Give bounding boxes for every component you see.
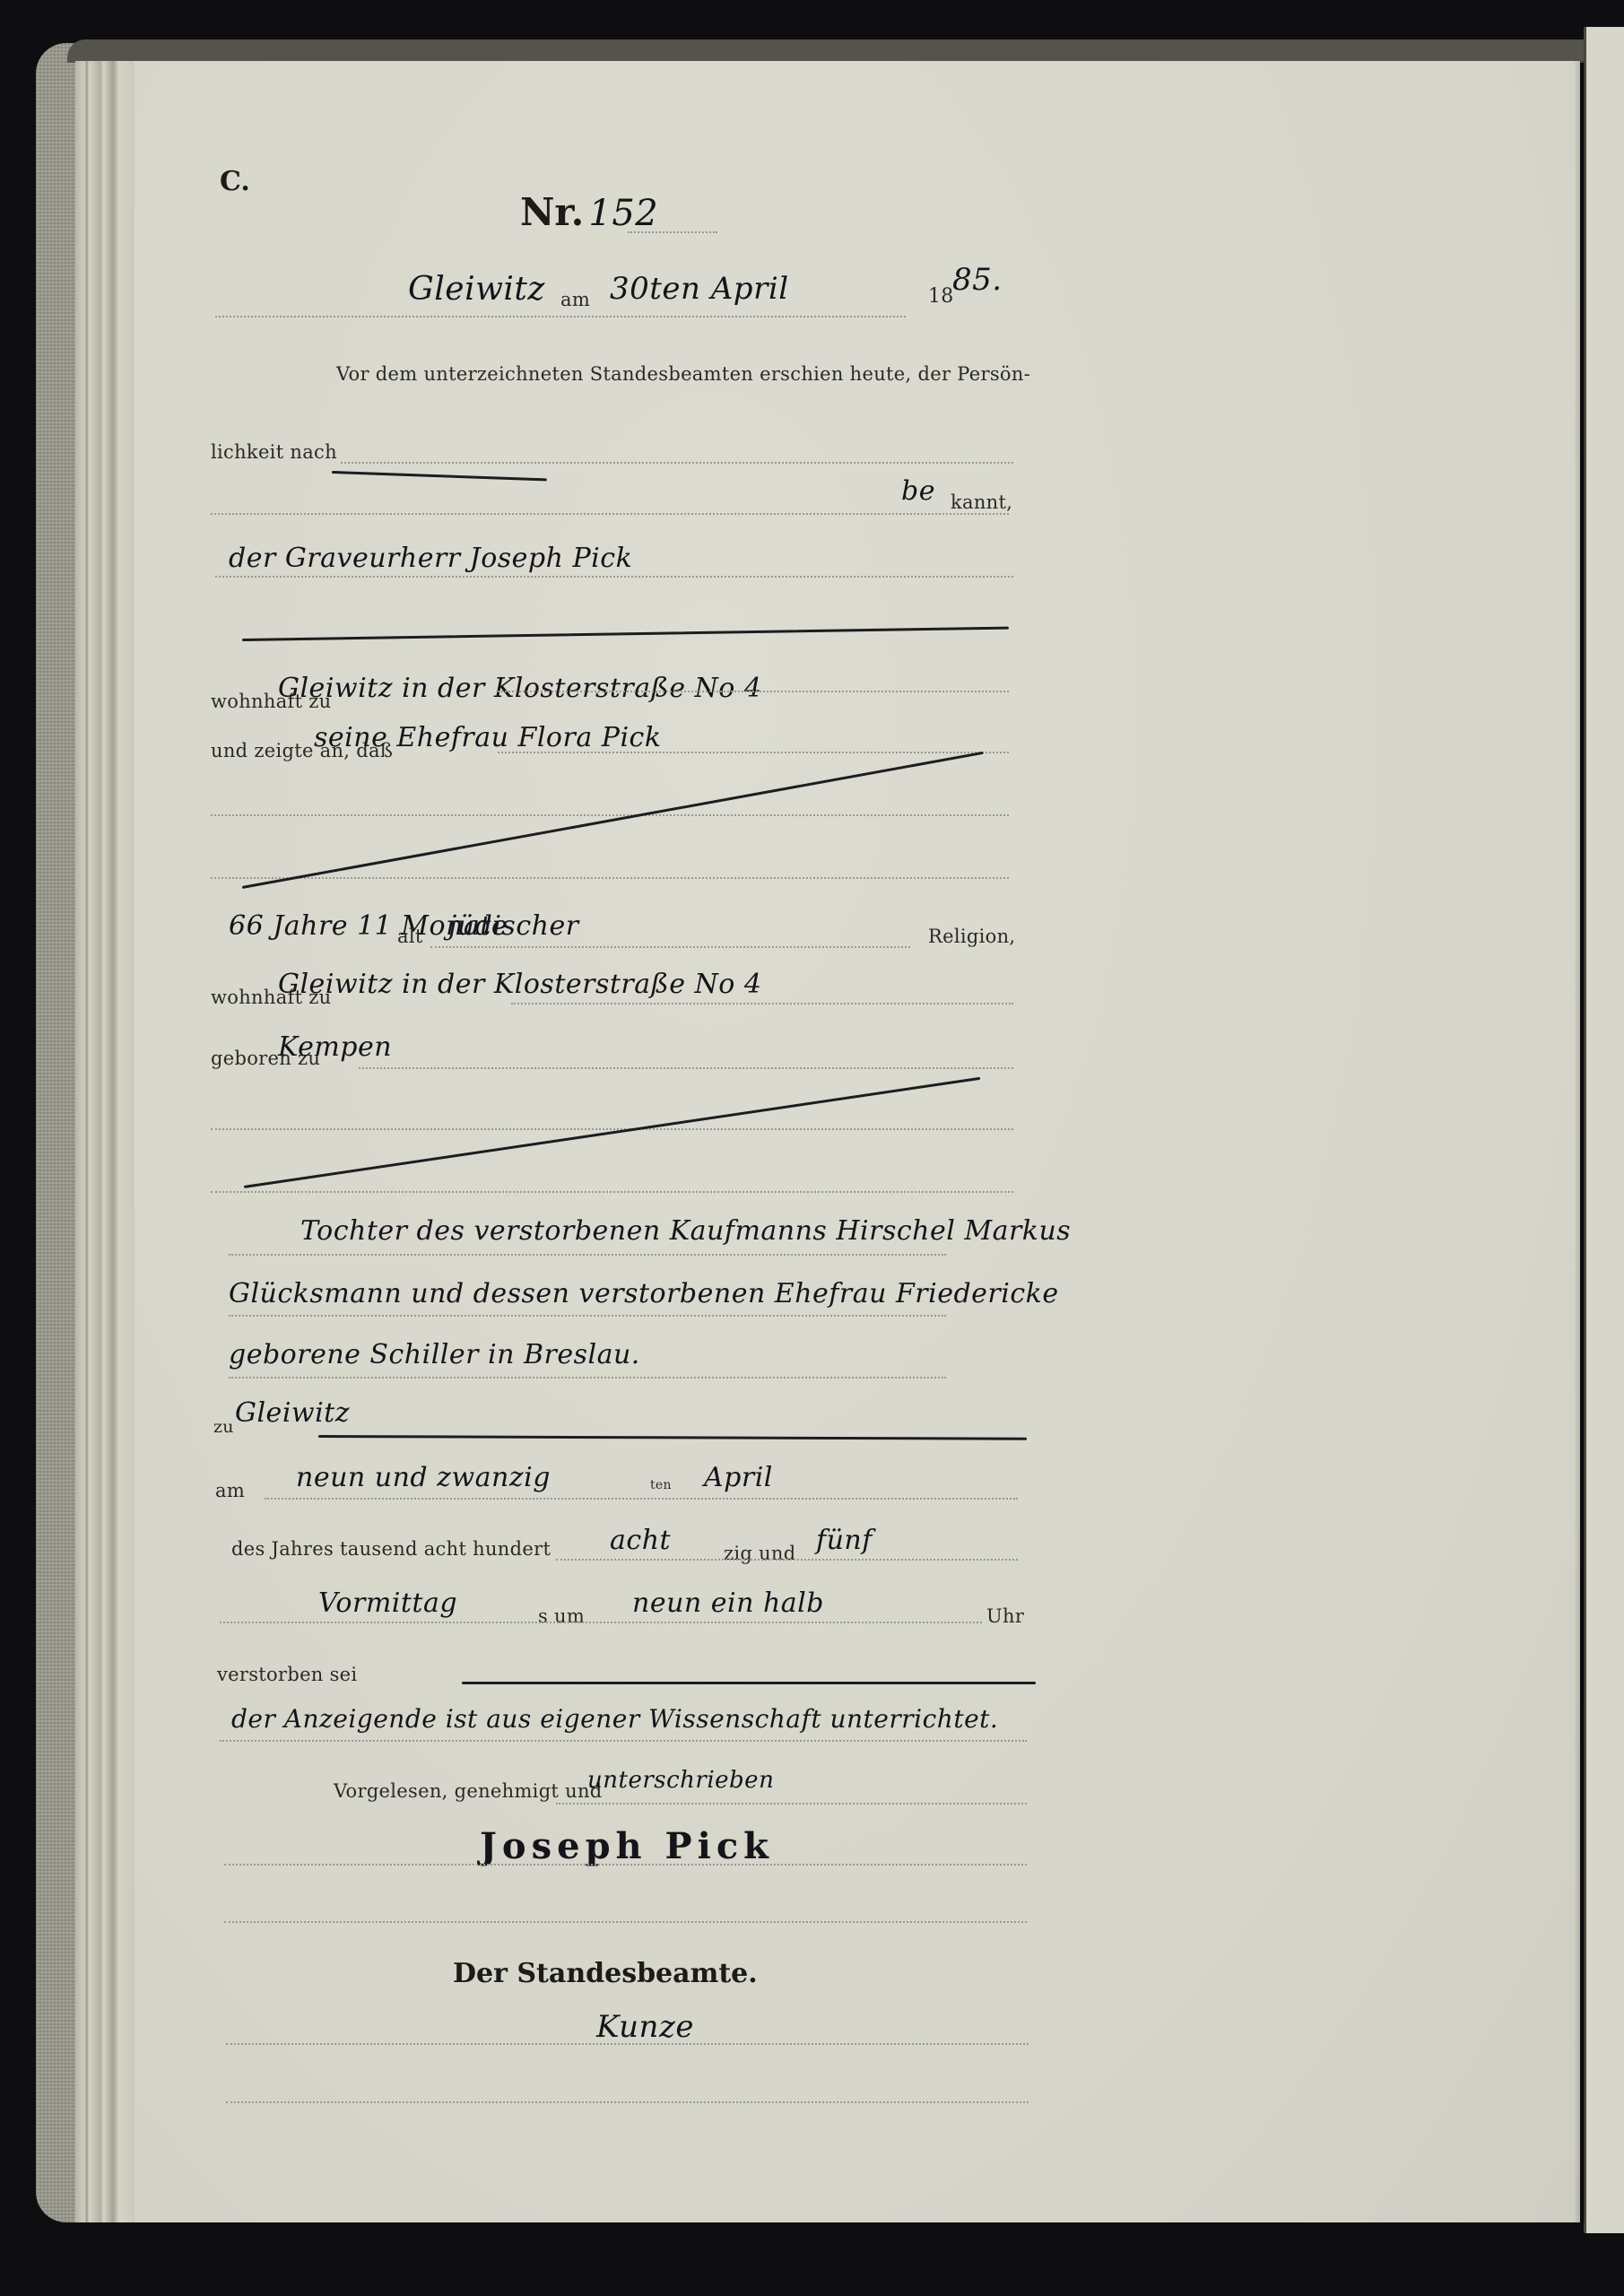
death-month-value: April: [704, 1462, 773, 1493]
dotted-line: [224, 1921, 1027, 1923]
dotted-line: [229, 1315, 946, 1317]
dotted-line: [556, 1559, 1018, 1561]
gutter-shadow: [1574, 61, 1585, 2222]
hour-value: neun ein halb: [632, 1587, 824, 1619]
dotted-line: [226, 2101, 1029, 2103]
approval-printed: Vorgelesen, genehmigt und: [334, 1780, 603, 1802]
year-units-value: fünf: [816, 1525, 873, 1556]
register-page: [135, 61, 1580, 2222]
year-suffix: 85.: [952, 262, 1003, 298]
death-am-label: am: [215, 1480, 245, 1501]
dotted-line: [220, 1622, 982, 1623]
dotted-line: [215, 576, 1013, 578]
dotted-line: [229, 1254, 946, 1256]
informant-name: der Graveurherr Joseph Pick: [229, 543, 632, 574]
book-cover-top-edge: [67, 39, 1592, 63]
informant-residence-value: Gleiwitz in der Klosterstraße No 4: [278, 673, 761, 704]
dotted-line: [215, 316, 906, 317]
date-value: 30ten April: [610, 271, 789, 307]
zig-label: zig und: [724, 1543, 796, 1564]
alt-label: alt: [397, 926, 423, 947]
series-letter: C.: [220, 166, 250, 197]
registrar-title: Der Standesbeamte.: [453, 1958, 758, 1989]
parents-line-3: geborene Schiller in Breslau.: [229, 1339, 640, 1370]
dotted-line: [511, 1003, 1013, 1004]
dotted-line: [211, 814, 1009, 816]
dotted-line: [211, 1128, 1013, 1130]
daytime-value: Vormittag: [318, 1587, 457, 1619]
dotted-line: [498, 752, 1009, 753]
verstorben-label: verstorben sei: [217, 1664, 357, 1685]
dotted-line: [628, 231, 717, 233]
dotted-line: [341, 462, 1013, 464]
identity-print-suffix: kannt,: [951, 491, 1012, 513]
entry-number: Nr. 152: [520, 190, 658, 234]
dotted-line: [265, 1498, 1018, 1500]
year-prefix: 18: [928, 285, 954, 308]
religion-label: Religion,: [928, 926, 1015, 947]
ten-label: ten: [650, 1478, 672, 1492]
informant-signature: Joseph Pick: [480, 1825, 774, 1867]
dotted-line: [359, 1067, 1013, 1069]
deceased-residence-value: Gleiwitz in der Klosterstraße No 4: [278, 969, 761, 1000]
dotted-line: [556, 1803, 1027, 1805]
parents-line-1: Tochter des verstorbenen Kaufmanns Hirsc…: [300, 1215, 1071, 1247]
intro-text: Vor dem unterzeichneten Standesbeamten e…: [336, 363, 1030, 385]
year-label: des Jahres tausend acht hundert: [231, 1538, 551, 1560]
parents-line-2: Glücksmann und dessen verstorbenen Ehefr…: [229, 1278, 1059, 1309]
entry-number-label: Nr.: [520, 190, 584, 234]
facing-page: [1584, 27, 1624, 2233]
registrar-signature: Kunze: [596, 2009, 694, 2045]
strikethrough-line: [462, 1682, 1036, 1684]
year-tens-value: acht: [610, 1525, 671, 1556]
approval-hand: unterschrieben: [587, 1767, 774, 1794]
s-um-label: s um: [538, 1605, 585, 1627]
death-place-label: zu: [213, 1417, 234, 1437]
identity-hand-suffix: be: [901, 475, 935, 507]
uhr-label: Uhr: [986, 1605, 1024, 1627]
dotted-line: [220, 1740, 1027, 1742]
place-value: Gleiwitz: [408, 271, 545, 308]
am-label: am: [560, 289, 590, 310]
entry-number-value: 152: [588, 193, 658, 234]
dotted-line: [211, 513, 1009, 515]
death-place-value: Gleiwitz: [235, 1397, 350, 1429]
announcement-value: seine Ehefrau Flora Pick: [314, 722, 662, 753]
birth-value: Kempen: [278, 1031, 392, 1063]
page-stack-edges: [75, 61, 138, 2222]
identity-label: lichkeit nach: [211, 441, 337, 463]
religion-value: jüdischer: [448, 910, 579, 942]
dotted-line: [226, 2043, 1029, 2045]
informant-note: der Anzeigende ist aus eigener Wissensch…: [231, 1704, 998, 1734]
dotted-line: [211, 877, 1009, 879]
dotted-line: [211, 1191, 1013, 1193]
death-day-value: neun und zwanzig: [296, 1462, 551, 1493]
dotted-line: [430, 946, 910, 948]
dotted-line: [229, 1377, 946, 1378]
dotted-line: [498, 691, 1009, 692]
dotted-line: [224, 1864, 1027, 1865]
